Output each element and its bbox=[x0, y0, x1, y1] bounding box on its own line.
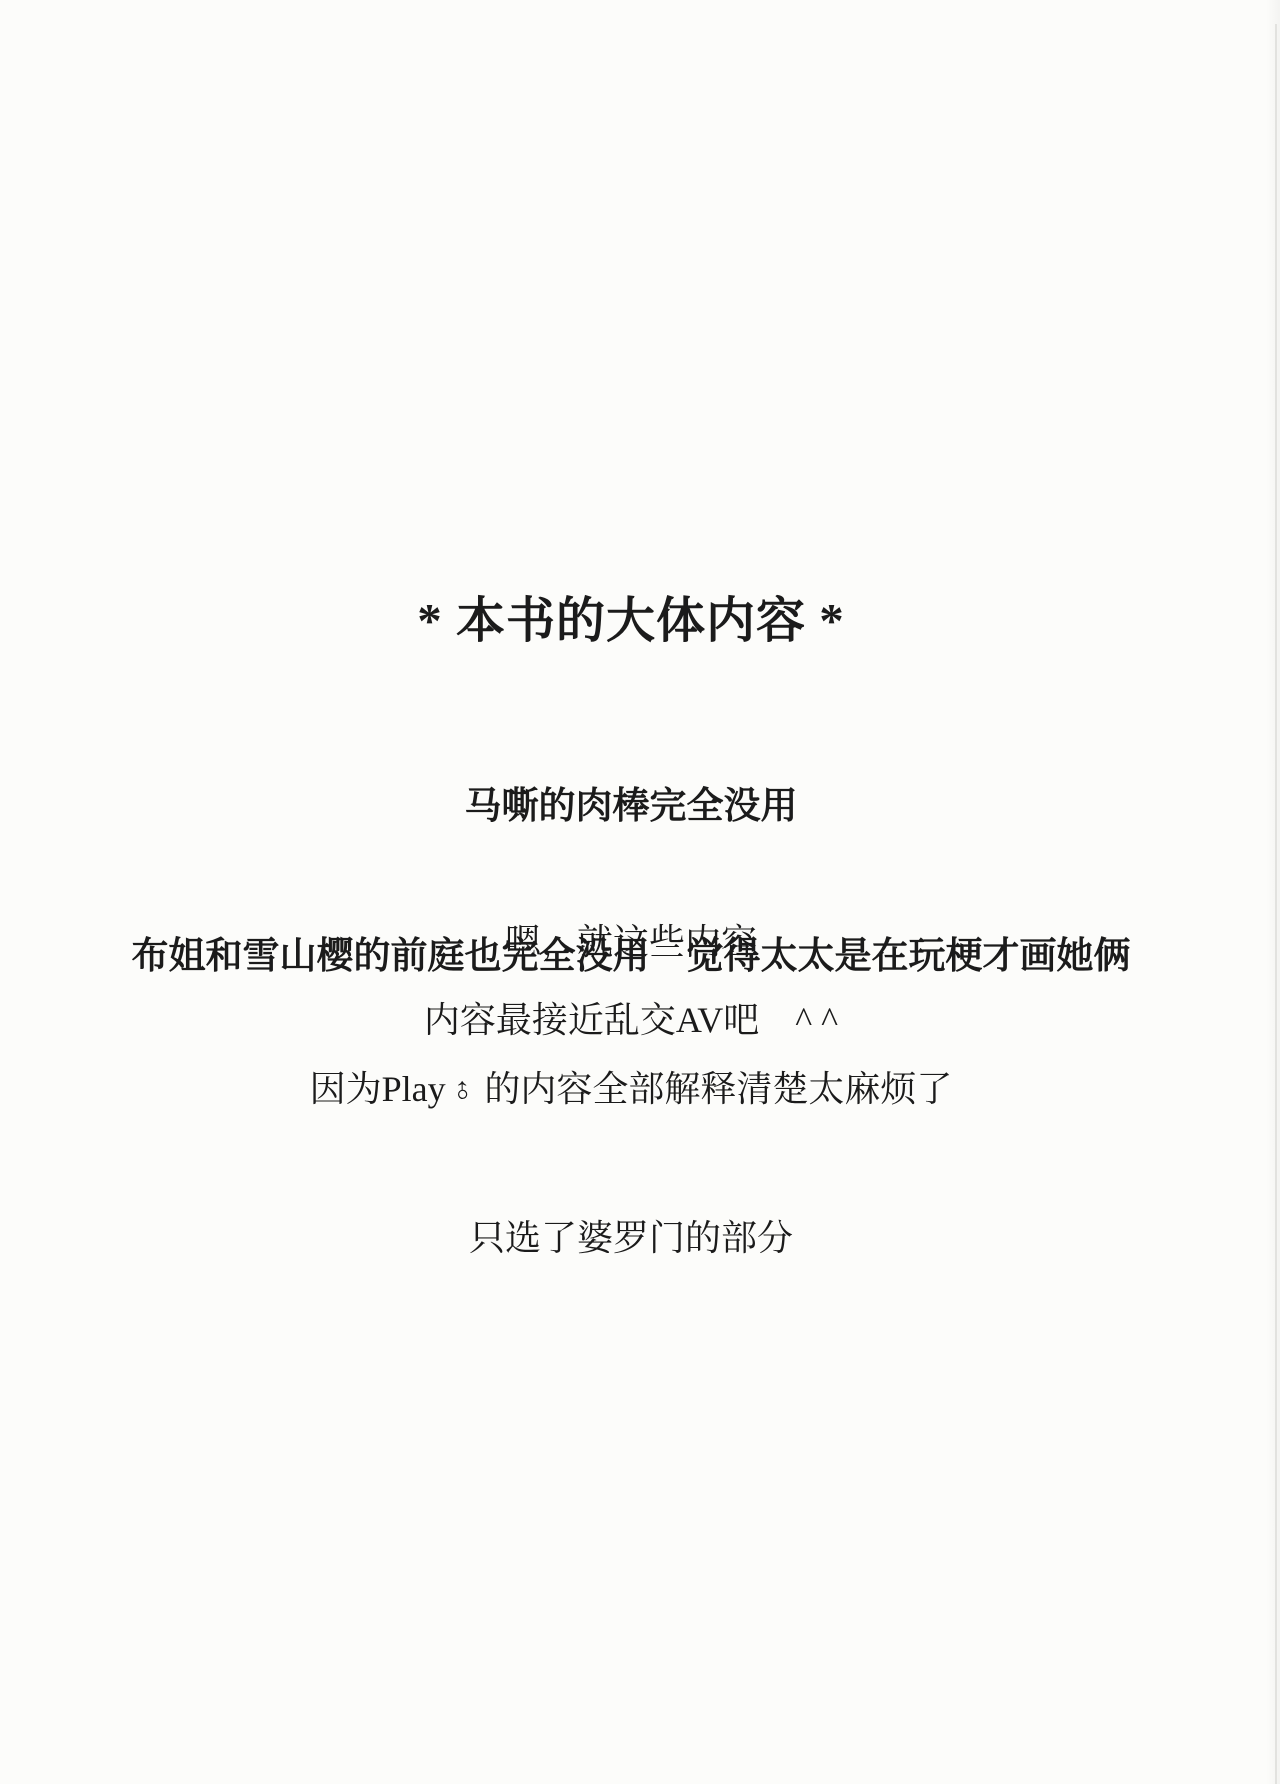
notes-play-suffix: 的内容全部解释清楚太麻烦了 bbox=[484, 1069, 952, 1109]
scan-edge-line bbox=[1275, 24, 1277, 1784]
notes-line-play: 因为Play♂的内容全部解释清楚太麻烦了 bbox=[0, 1065, 1262, 1116]
notes-play-prefix: 因为Play bbox=[310, 1069, 446, 1109]
notes-block: 嗯，就这些内容 因为Play♂的内容全部解释清楚太麻烦了 只选了婆罗门的部分 bbox=[0, 820, 1262, 1361]
scanned-page: * 本书的大体内容 * 马嘶的肉棒完全没用 布姐和雪山樱的前庭也完全没用 觉得太… bbox=[0, 0, 1280, 1784]
closing-line: 内容最接近乱交AV吧 ^ ^ bbox=[0, 996, 1262, 1045]
notes-line-1: 嗯，就这些内容 bbox=[0, 918, 1262, 967]
scan-edge-shadow bbox=[1266, 0, 1280, 1784]
page-title: * 本书的大体内容 * bbox=[0, 582, 1262, 652]
notes-line-3: 只选了婆罗门的部分 bbox=[0, 1214, 1262, 1263]
